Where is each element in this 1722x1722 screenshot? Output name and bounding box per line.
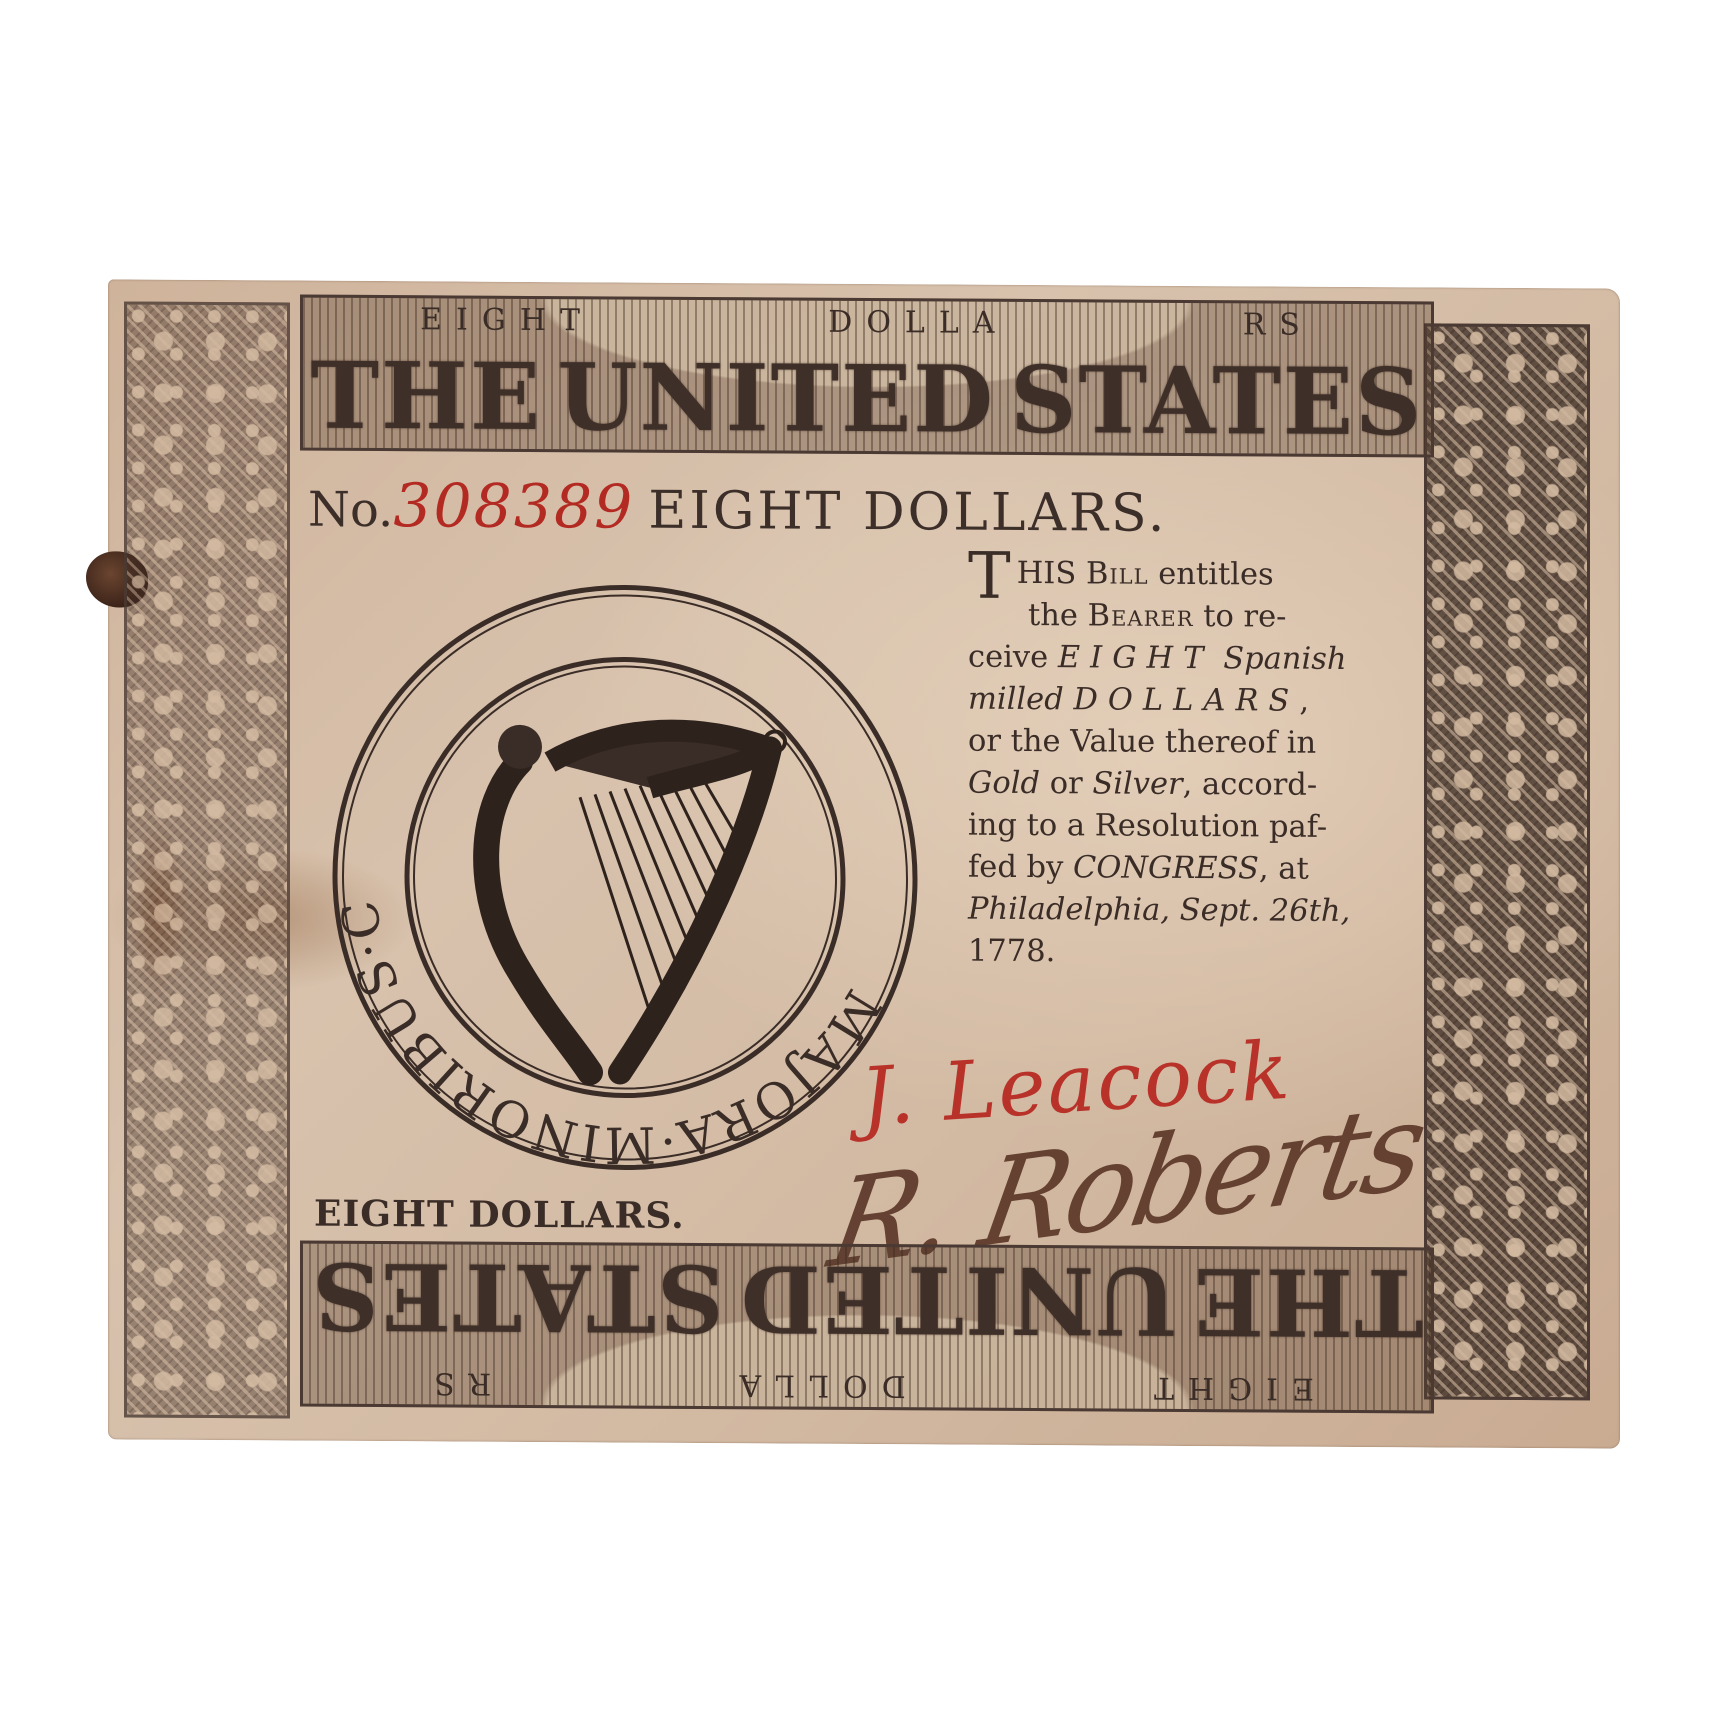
bottom-banner-inverted: EIGHT DOLLA RS THE UNITED STATES [300, 1241, 1434, 1414]
seal: MAJORA·MINORIBUS·CONSONANT. [320, 571, 930, 1185]
banknote: EIGHT DOLLA RS THE UNITED STATES No. 308… [108, 279, 1620, 1448]
bill-text-fragment: Gold [968, 766, 1040, 801]
bill-text-line: or the Value thereof in [968, 721, 1438, 766]
banner-title-word: THE [311, 350, 543, 443]
right-ornamental-border [1424, 323, 1590, 1400]
bill-text-line: HIS Bill entitles [968, 553, 1438, 598]
bill-text-line: Gold or Silver, accord- [968, 763, 1438, 808]
banner-title-word: STATES [311, 1250, 724, 1345]
bill-text-fragment: or the Value thereof in [968, 724, 1316, 761]
bill-text-fragment: Bill [1086, 556, 1149, 591]
banner-title-word: UNITED [557, 351, 995, 446]
bill-text-fragment: DOLLARS [1073, 682, 1299, 718]
banner-word: DOLLA [828, 305, 1008, 341]
bill-text-fragment: ceive [968, 640, 1058, 676]
banner-title-word: STATES [1010, 354, 1423, 449]
bill-text-fragment: the [1028, 598, 1088, 633]
bill-text-line: 1778. [968, 931, 1438, 976]
bill-text-fragment: CONGRESS [1073, 850, 1259, 886]
bill-text-fragment: , accord- [1183, 767, 1318, 803]
bill-text-fragment: ing to a Resolution paf- [968, 808, 1327, 845]
bill-text-fragment: Silver [1092, 766, 1182, 802]
bill-text-line: milled DOLLARS, [968, 679, 1438, 724]
bill-text-line: ing to a Resolution paf- [968, 805, 1438, 850]
banner-word: RS [420, 1365, 491, 1400]
drop-cap: T [968, 557, 1011, 597]
bill-text-fragment: fed by [968, 850, 1073, 886]
banner-word: RS [1243, 307, 1314, 342]
bill-text-fragment: entitles [1149, 557, 1274, 593]
serial-prefix: No. [308, 482, 393, 539]
bill-text-line: ceive EIGHT Spanish [968, 637, 1438, 682]
bill-text-fragment: or [1040, 766, 1092, 801]
bill-text-fragment: HIS [1017, 556, 1086, 591]
banner-word: EIGHT [1140, 1370, 1314, 1406]
top-banner: EIGHT DOLLA RS THE UNITED STATES [300, 295, 1434, 458]
bill-text-line: the Bearer to re- [968, 595, 1438, 640]
banner-word: DOLLA [726, 1367, 906, 1403]
bill-text-fragment: EIGHT [1058, 640, 1214, 676]
serial-row: No. 308389 EIGHT DOLLARS. [308, 471, 1428, 548]
bill-text-fragment: to re- [1194, 599, 1287, 635]
banner-word: EIGHT [420, 302, 594, 338]
bottom-banner-small-text: EIGHT DOLLA RS [303, 1365, 1431, 1407]
top-banner-title: THE UNITED STATES [303, 350, 1431, 449]
bill-text-fragment: , at [1259, 851, 1309, 886]
denomination-top: EIGHT DOLLARS. [648, 481, 1167, 544]
bill-text-fragment: Bearer [1088, 598, 1194, 634]
bill-text-fragment: Philadelphia, Sept. 26th, [968, 892, 1350, 929]
banner-title-word: THE [1192, 1255, 1424, 1348]
harp-icon [486, 725, 785, 1074]
bottom-banner-title: THE UNITED STATES [303, 1250, 1431, 1349]
bill-text-fragment: , [1299, 684, 1309, 719]
left-ornamental-border [124, 301, 290, 1418]
bill-text-line: fed by CONGRESS, at [968, 847, 1438, 892]
denomination-bottom: EIGHT DOLLARS. [314, 1193, 685, 1237]
bill-text-fragment: Spanish [1214, 641, 1347, 677]
banner-title-word: UNITED [739, 1252, 1177, 1347]
bill-text-fragment: milled [968, 682, 1073, 718]
bill-text-line: Philadelphia, Sept. 26th, [968, 889, 1438, 934]
bill-text-lines: HIS Bill entitlesthe Bearer to re-ceive … [968, 553, 1438, 976]
top-banner-small-text: EIGHT DOLLA RS [303, 302, 1431, 344]
bill-text-fragment: 1778. [968, 934, 1055, 970]
serial-number: 308389 [393, 471, 634, 542]
bill-text: T HIS Bill entitlesthe Bearer to re-ceiv… [968, 553, 1438, 976]
